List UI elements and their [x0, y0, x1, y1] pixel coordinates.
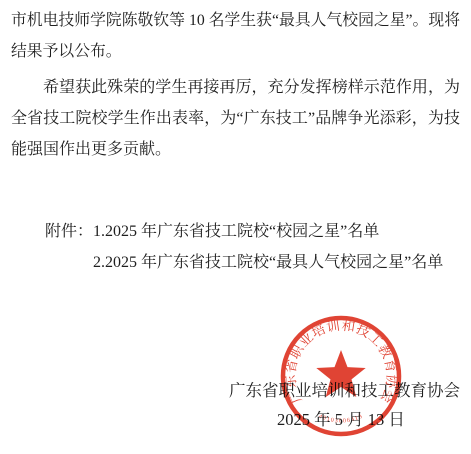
- seal-code-textpath: 40103006419: [318, 414, 365, 425]
- paragraph-hope: 希望获此殊荣的学生再接再厉，充分发挥榜样示范作用，为全省技工院校学生作出表率，为…: [11, 72, 460, 165]
- official-seal: 广东省职业培训和技工教育协会 40103006419: [277, 312, 405, 440]
- paragraph-continuation: 市机电技师学院陈敬钦等 10 名学生获“最具人气校园之星”。现将结果予以公布。: [11, 5, 460, 67]
- attachment-label: 附件：: [45, 223, 93, 240]
- attachment-item-2: 2.2025 年广东省技工院校“最具人气校园之星”名单: [93, 254, 443, 271]
- attachment-list: 附件：1.2025 年广东省技工院校“校园之星”名单 2.2025 年广东省技工…: [45, 216, 443, 278]
- document-page: 市机电技师学院陈敬钦等 10 名学生获“最具人气校园之星”。现将结果予以公布。 …: [0, 0, 471, 454]
- seal-code-text: 40103006419: [318, 414, 365, 425]
- attachment-item-1: 1.2025 年广东省技工院校“校园之星”名单: [93, 223, 379, 240]
- attachment-line-1: 附件：1.2025 年广东省技工院校“校园之星”名单: [45, 216, 443, 247]
- attachment-line-2: 2.2025 年广东省技工院校“最具人气校园之星”名单: [45, 247, 443, 278]
- seal-star-icon: [316, 350, 365, 397]
